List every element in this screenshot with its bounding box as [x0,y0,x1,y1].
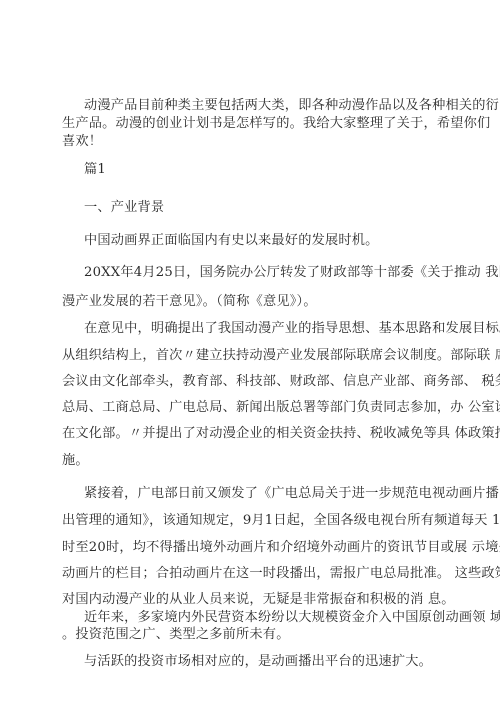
paragraph-3-line-4: 总局、工商总局、广电总局、新闻出版总署等部门负责同志参加，办 公室设 [62,400,500,416]
document-page: 动漫产品目前种类主要包括两大类，即各种动漫作品以及各种相关的衍 生产品。动漫的创… [0,0,500,707]
paragraph-3-line-1: 在意见中，明确提出了我国动漫产业的指导思想、基本思路和发展目标。 [84,321,500,337]
paragraph-2-line-1: 20XX年4月25日，国务院办公厅转发了财政部等十部委《关于推动 我国动 [84,265,500,281]
intro-line-2: 生产品。动漫的创业计划书是怎样写的。我给大家整理了关于，希望你们 [62,116,490,132]
intro-line-1: 动漫产品目前种类主要包括两大类，即各种动漫作品以及各种相关的衍 [84,98,499,114]
paragraph-3-line-3: 会议由文化部牵头，教育部、科技部、财政部、信息产业部、商务部、 税务 [62,374,500,390]
paragraph-2-line-2: 漫产业发展的若干意见》。（简称《意见》）。 [62,294,317,310]
paragraph-6-line-1: 与活跃的投资市场相对应的，是动画播出平台的迅速扩大。 [84,654,432,670]
paragraph-4-line-2: 出管理的通知》，该通知规定，9月1日起，全国各级电视台所有频道每天 17 [62,513,500,529]
paragraph-4-line-4: 动画片的栏目；合拍动画片在这一时段播出，需报广电总局批准。 这些政策 [62,566,500,582]
section-label: 篇1 [84,162,106,178]
paragraph-1-line-1: 中国动画界正面临国内有史以来最好的发展时机。 [84,233,379,249]
paragraph-5-line-1: 近年来，多家境内外民营资本纷纷以大规模资金介入中国原创动画领 域 [84,610,500,626]
paragraph-3-line-5: 在文化部。〃并提出了对动漫企业的相关资金扶持、税收减免等具 体政策措 [62,426,500,442]
intro-line-3: 喜欢！ [62,134,102,150]
paragraph-3-line-2: 从组织结构上，首次〃建立扶持动漫产业发展部际联席会议制度。部际联 席 [62,348,500,364]
paragraph-4-line-5: 对国内动漫产业的从业人员来说，无疑是非常振奋和积极的消 息。 [62,592,455,608]
paragraph-3-line-6: 施。 [62,453,89,469]
paragraph-4-line-1: 紧接着，广电部日前又颁发了《广电总局关于进一步规范电视动画片播 [84,486,499,502]
paragraph-4-line-3: 时至20时，均不得播出境外动画片和介绍境外动画片的资讯节目或展 示境外 [62,540,500,556]
paragraph-5-line-2: 。投资范围之广、类型之多前所未有。 [62,627,290,643]
heading-industry-background: 一、产业背景 [84,200,164,216]
